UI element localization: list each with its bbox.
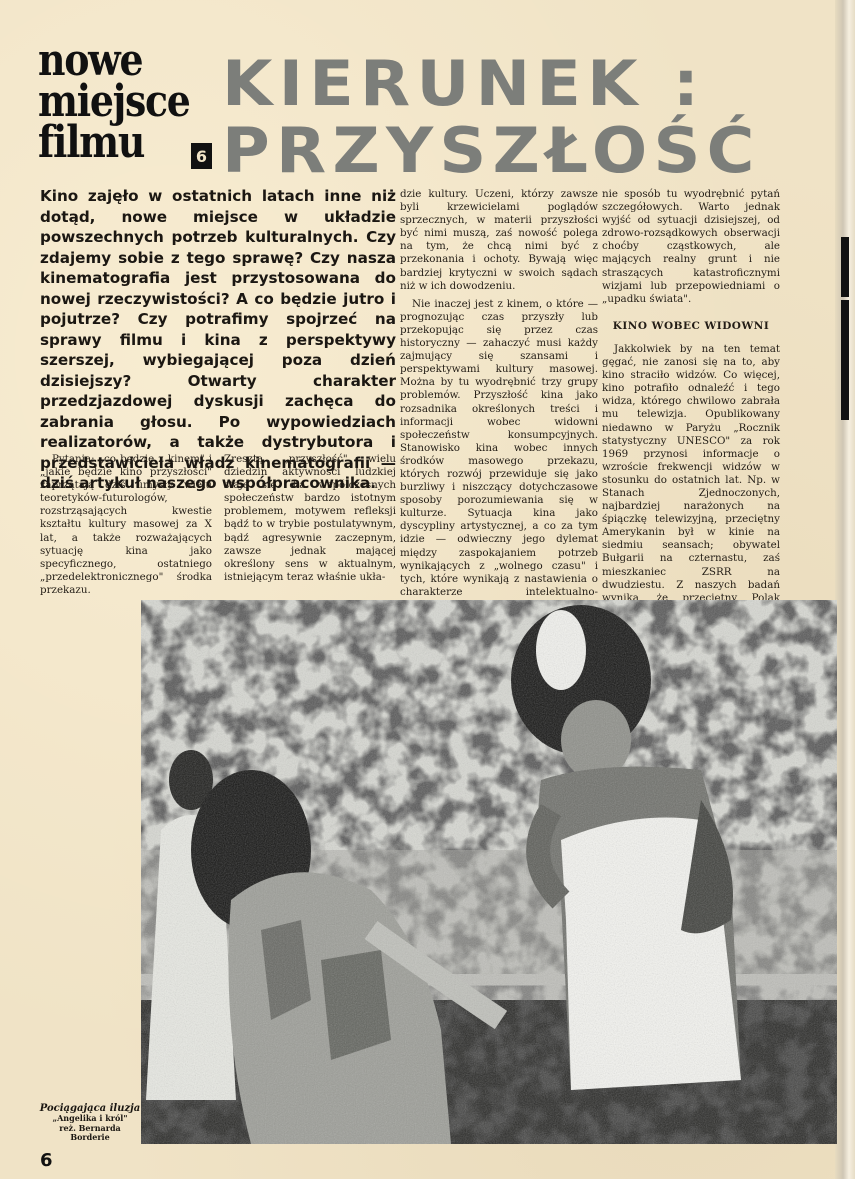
edge-mark	[841, 237, 849, 297]
body-paragraph: Zresztą „przyszłość" wielu dziedzin akty…	[224, 453, 396, 584]
body-paragraph: Pytania: „co będzie z kinem" i „jakie bę…	[40, 453, 212, 597]
page-number: 6	[40, 1150, 53, 1171]
series-title-line: nowe	[38, 40, 190, 81]
lead-paragraph: Kino zajęło w ostatnich latach inne niż …	[40, 186, 396, 494]
series-title: nowe miejsce filmu	[38, 40, 190, 163]
article-title: KIERUNEK : PRZYSZŁOŚĆ	[222, 50, 761, 184]
body-column-2: Zresztą „przyszłość" wielu dziedzin akty…	[224, 453, 396, 584]
article-title-line: PRZYSZŁOŚĆ	[222, 117, 761, 184]
page-binding-edge	[835, 0, 855, 1179]
caption-line: Borderie	[34, 1133, 146, 1143]
body-paragraph: nie sposób tu wyodrębnić pytań szczegóło…	[602, 188, 780, 306]
series-title-line: filmu	[38, 122, 190, 163]
series-title-line: miejsce	[38, 81, 190, 122]
photo-caption: Pociągająca iluzja „Angelika i król" reż…	[34, 1103, 146, 1143]
body-column-1: Pytania: „co będzie z kinem" i „jakie bę…	[40, 453, 212, 597]
edge-mark	[841, 300, 849, 420]
film-still-photo	[141, 600, 837, 1144]
body-column-3: dzie kultury. Uczeni, którzy zawsze byli…	[400, 188, 598, 651]
body-paragraph: Nie inaczej jest z kinem, o które — prog…	[400, 298, 598, 652]
article-title-line: KIERUNEK :	[222, 50, 761, 117]
body-paragraph: dzie kultury. Uczeni, którzy zawsze byli…	[400, 188, 598, 293]
section-subheading: KINO WOBEC WIDOWNI	[602, 320, 780, 333]
body-column-4: nie sposób tu wyodrębnić pytań szczegóło…	[602, 188, 780, 670]
part-number-badge: 6	[191, 143, 212, 169]
